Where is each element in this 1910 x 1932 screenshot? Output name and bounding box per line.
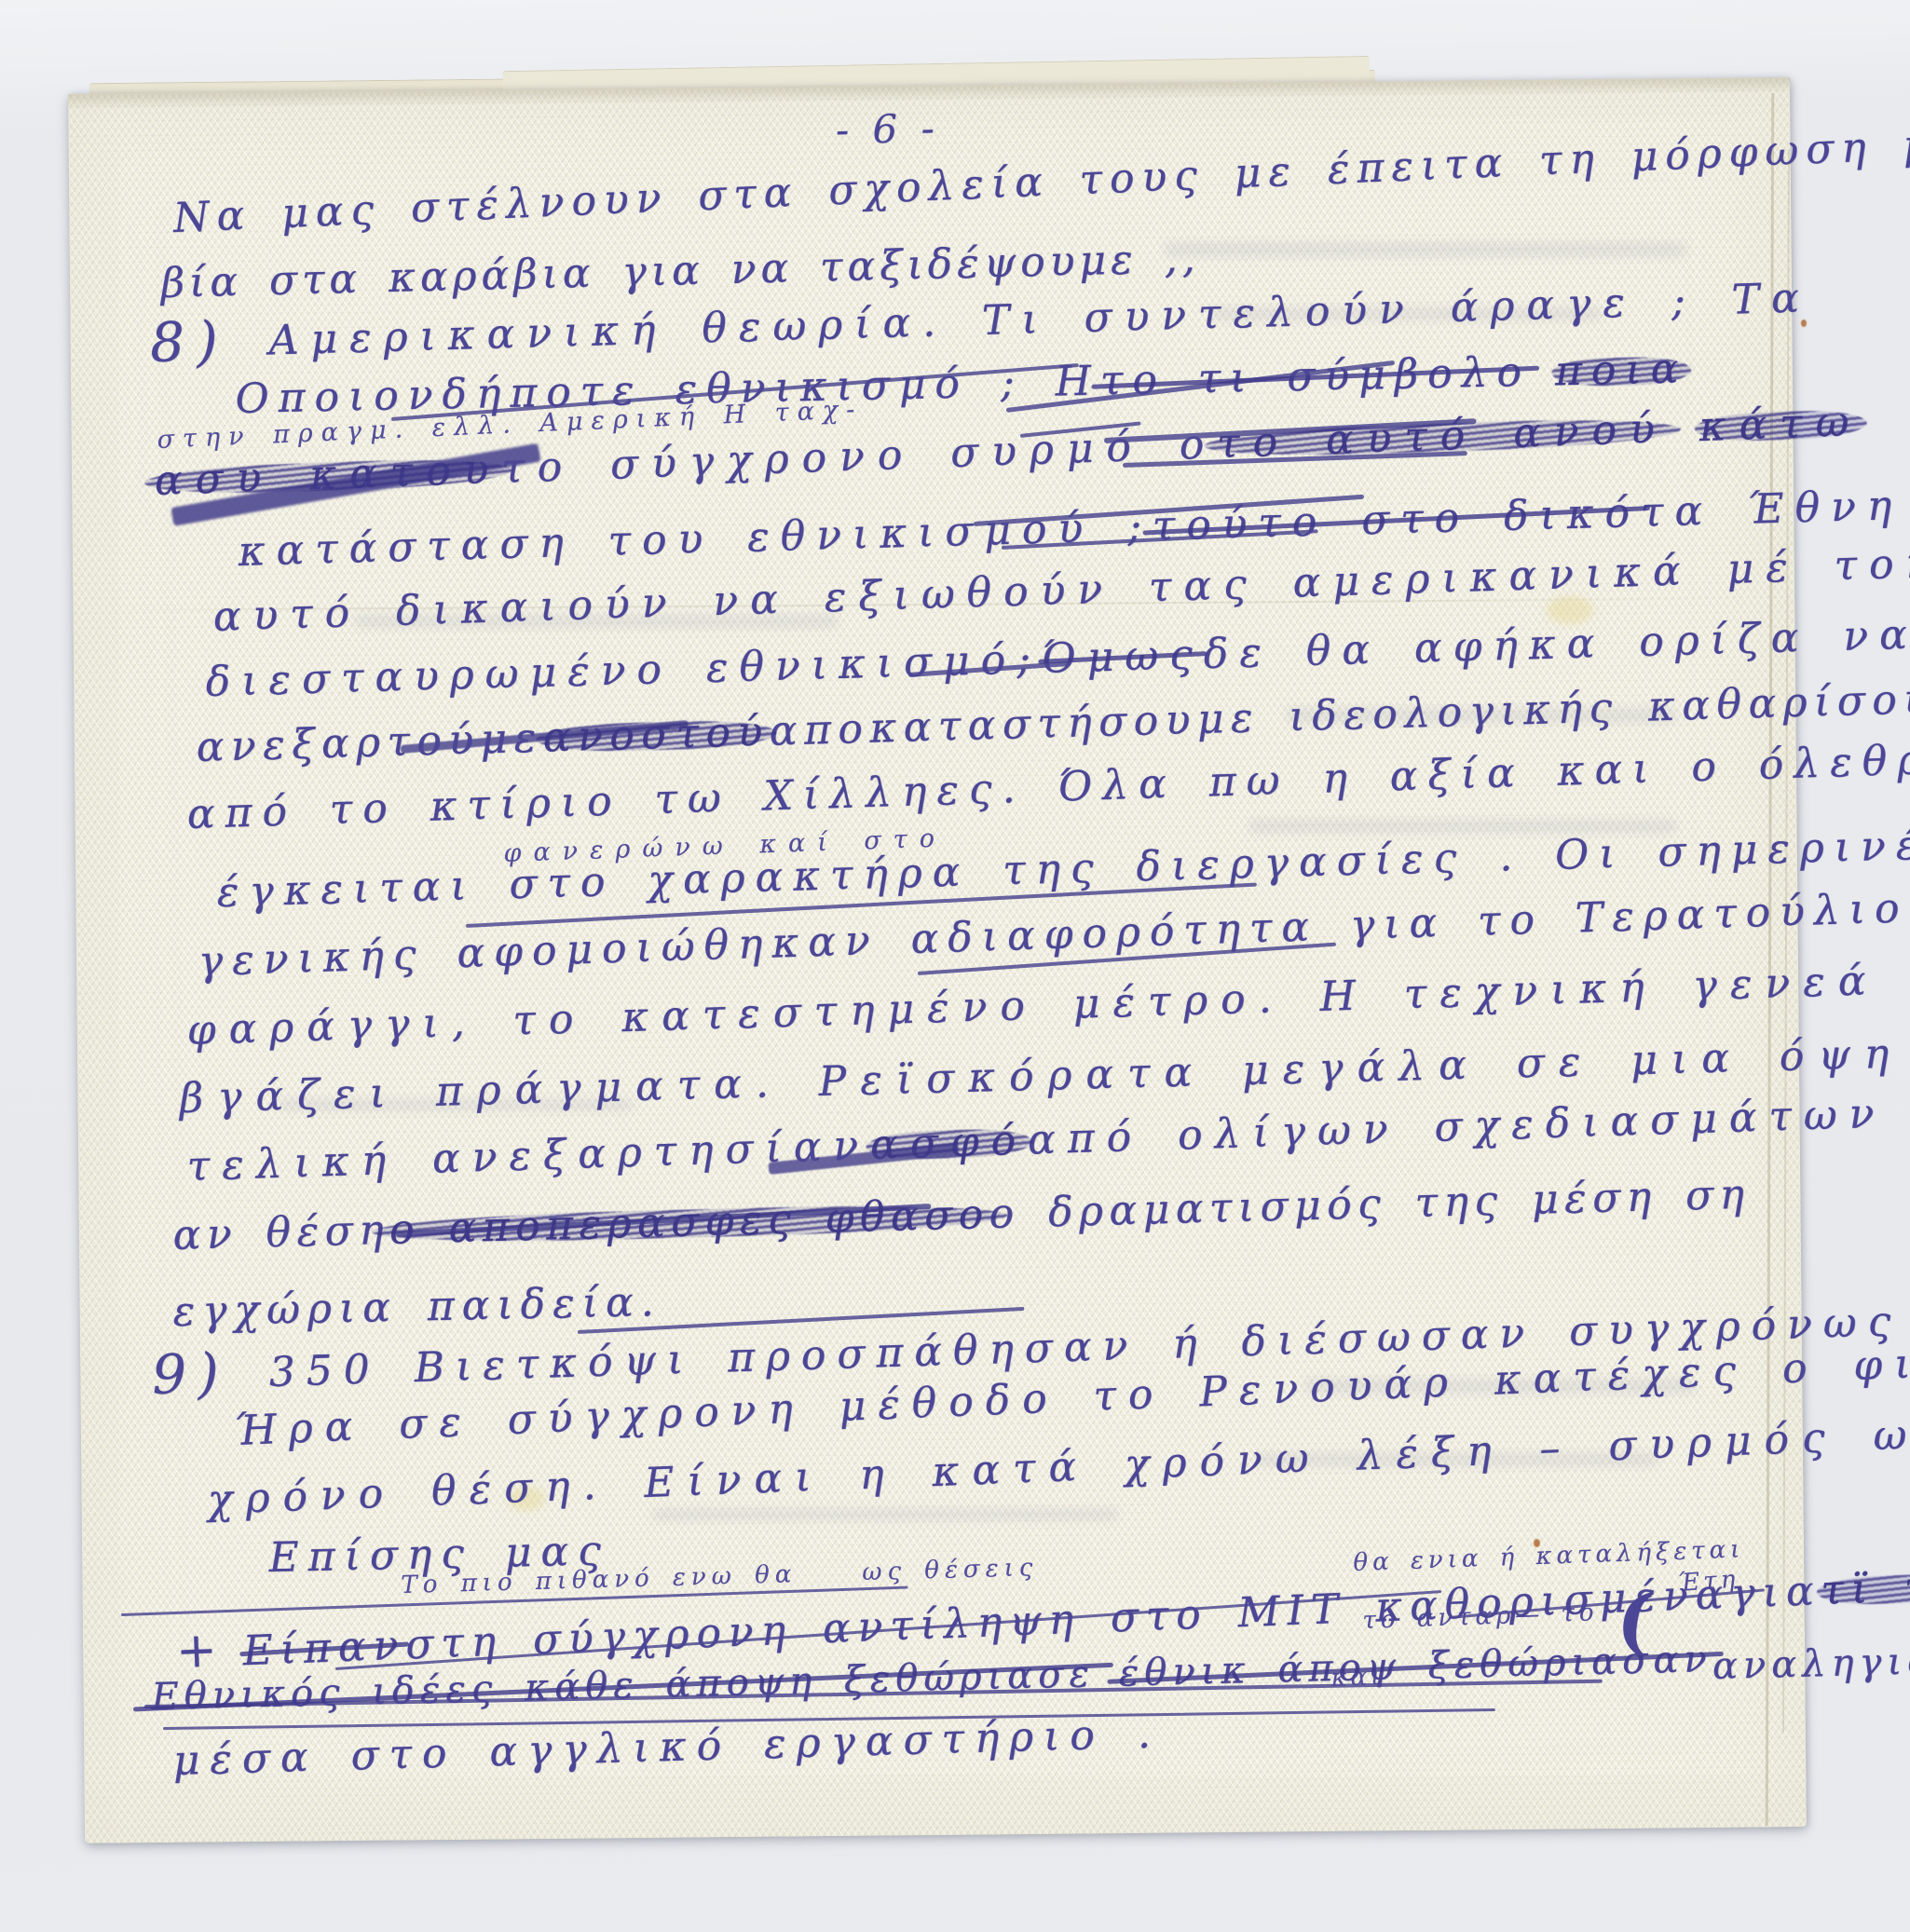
struck-out-text: ανοστού [542, 709, 770, 761]
ghost-showthrough [1165, 242, 1686, 257]
page-number: - 6 - [836, 105, 941, 153]
handwritten-text: τα Έθνη [1640, 483, 1903, 536]
handwritten-text: ανεξαρτούμε [196, 715, 543, 771]
struck-out-text: Είπαν [242, 1623, 407, 1675]
handwritten-text: 9) [151, 1342, 231, 1406]
handwritten-text: αναληγιατό [1712, 1639, 1910, 1688]
handwritten-text: + [175, 1623, 225, 1679]
struck-out-text: ασφό [869, 1118, 1029, 1169]
struck-out-text: Όμως [1041, 632, 1204, 682]
handwritten-line: εγχώρια παιδεία. [172, 1279, 662, 1335]
struck-out-text: κάτω [1699, 399, 1862, 450]
struck-out-text: το τι σύμβολο [1099, 349, 1531, 404]
handwritten-text: ως θέσεις [862, 1555, 1039, 1586]
handwritten-text: εγχώρια παιδεία. [172, 1279, 662, 1335]
handwritten-text: για [1729, 1568, 1821, 1617]
handwritten-text: αν θέση [172, 1207, 390, 1259]
scanned-manuscript-page: - 6 - Να μας στέλνουν στα σχολεία τους μ… [0, 0, 1910, 1932]
ghost-showthrough [652, 1509, 1118, 1520]
struck-out-text: τϊ το [1821, 1562, 1910, 1613]
struck-out-text: ποια [1554, 346, 1687, 394]
handwritten-text: 8) [149, 311, 230, 374]
